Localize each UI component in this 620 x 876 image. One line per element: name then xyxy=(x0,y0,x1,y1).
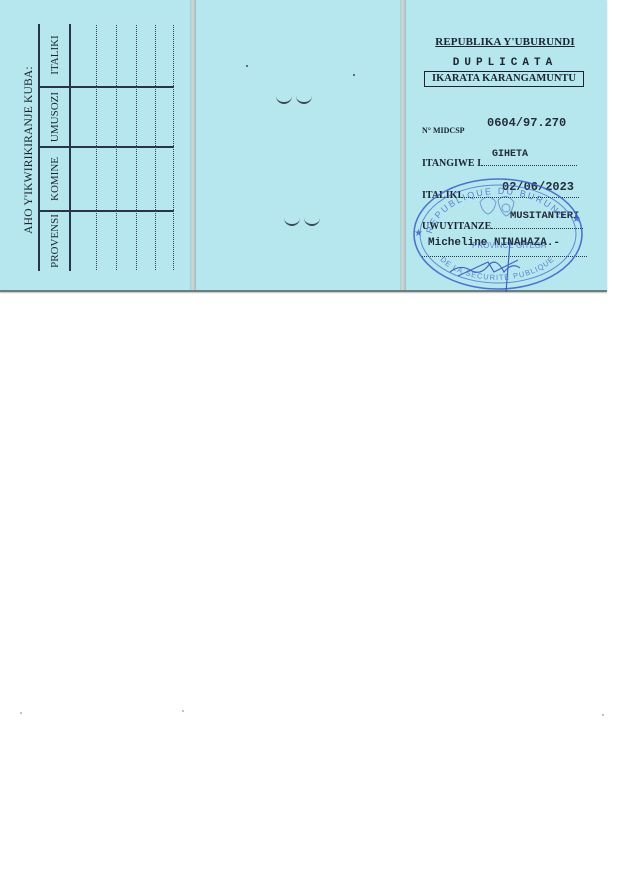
issue-date-value: 02/06/2023 xyxy=(502,180,574,194)
issue-date-field: ITALIKI 02/06/2023 xyxy=(422,185,579,203)
fold-crease xyxy=(190,0,196,290)
identity-panel: REPUBLIKA Y'UBURUNDI DUPLICATA IKARATA K… xyxy=(410,0,607,290)
midcsp-number-field: N° MIDCSP 0604/97.270 xyxy=(422,120,465,138)
speck xyxy=(246,65,248,67)
issued-by-value: MUSITANTERI xyxy=(510,210,579,222)
midcsp-number-value: 0604/97.270 xyxy=(487,116,566,130)
residence-history-panel: AHO Y'IKWIRIKIRANJE KUBA: ITALIKI UMUSOZ… xyxy=(0,0,192,290)
column-header-komine: KOMINE xyxy=(40,148,69,210)
issued-by-field: UWUYITANZE MUSITANTERI xyxy=(422,216,583,234)
column-header-umusozi: UMUSOZI xyxy=(40,88,69,146)
speck xyxy=(353,74,355,76)
duplicata-label: DUPLICATA xyxy=(430,57,580,69)
speck xyxy=(182,710,184,712)
issued-at-value: GIHETA xyxy=(492,149,528,160)
speck xyxy=(20,712,22,714)
republic-heading: REPUBLIKA Y'UBURUNDI xyxy=(430,36,580,48)
entry-row-line xyxy=(116,25,117,270)
svg-text:DE LA SECURITE PUBLIQUE: DE LA SECURITE PUBLIQUE xyxy=(439,254,557,282)
id-card: AHO Y'IKWIRIKIRANJE KUBA: ITALIKI UMUSOZ… xyxy=(0,0,607,292)
issued-at-field: ITANGIWE I GIHETA xyxy=(422,153,577,171)
entry-row-line xyxy=(173,25,174,270)
middle-panel xyxy=(198,0,408,290)
signatory-name: Micheline NINAHAZA.- xyxy=(428,237,560,249)
column-header-italiki: ITALIKI xyxy=(40,24,69,86)
speck xyxy=(602,714,604,716)
staple-mark xyxy=(276,96,316,104)
card-title: IKARATA KARANGAMUNTU xyxy=(424,71,584,87)
entry-row-line xyxy=(96,25,97,270)
entry-row-line xyxy=(155,25,156,270)
staple-mark xyxy=(284,218,324,226)
column-header-provensi: PROVENSI xyxy=(40,212,69,270)
entry-row-line xyxy=(136,25,137,270)
signature-line xyxy=(422,256,587,257)
